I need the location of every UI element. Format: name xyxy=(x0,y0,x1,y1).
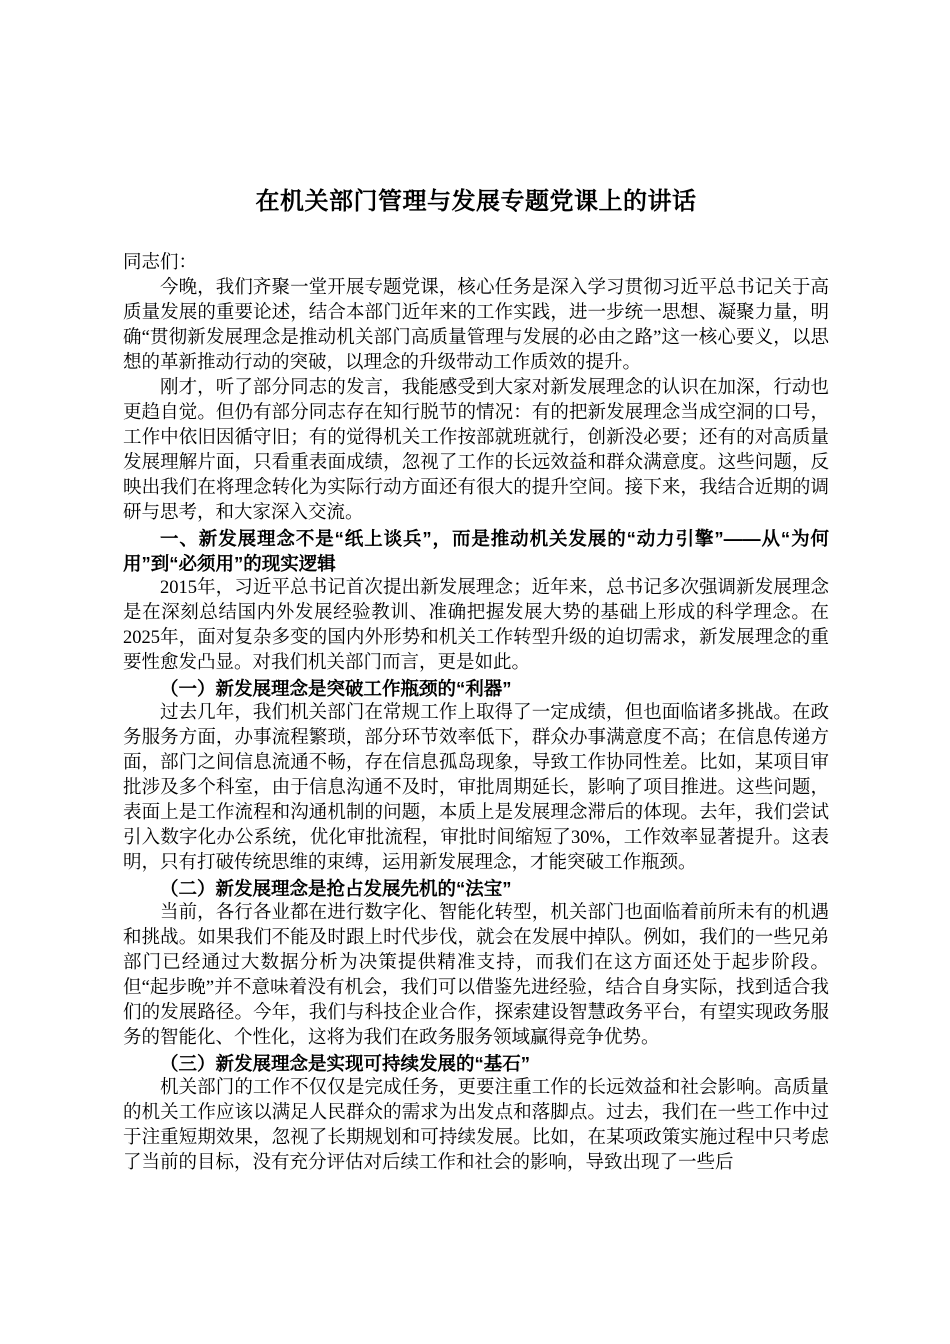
subsection-heading-1: （一）新发展理念是突破工作瓶颈的“利器” xyxy=(123,676,829,701)
document-body: 同志们： 今晚，我们齐聚一堂开展专题党课，核心任务是深入学习贯彻习近平总书记关于… xyxy=(123,251,829,1176)
subsection-heading-2: （二）新发展理念是抢占发展先机的“法宝” xyxy=(123,876,829,901)
paragraph-concept-origin: 2015年，习近平总书记首次提出新发展理念；近年来，总书记多次强调新发展理念是在… xyxy=(123,576,829,676)
document-page: 在机关部门管理与发展专题党课上的讲话 同志们： 今晚，我们齐聚一堂开展专题党课，… xyxy=(0,0,950,1344)
paragraph-opening: 今晚，我们齐聚一堂开展专题党课，核心任务是深入学习贯彻习近平总书记关于高质量发展… xyxy=(123,276,829,376)
paragraph-opportunity: 当前，各行各业都在进行数字化、智能化转型，机关部门也面临着前所未有的机遇和挑战。… xyxy=(123,901,829,1051)
salutation: 同志们： xyxy=(123,251,829,276)
subsection-heading-3: （三）新发展理念是实现可持续发展的“基石” xyxy=(123,1051,829,1076)
section-heading-1: 一、新发展理念不是“纸上谈兵”，而是推动机关发展的“动力引擎”——从“为何用”到… xyxy=(123,526,829,576)
document-title: 在机关部门管理与发展专题党课上的讲话 xyxy=(123,185,829,219)
paragraph-bottleneck: 过去几年，我们机关部门在常规工作上取得了一定成绩，但也面临诸多挑战。在政务服务方… xyxy=(123,701,829,876)
paragraph-current-situation: 刚才，听了部分同志的发言，我能感受到大家对新发展理念的认识在加深，行动也更趋自觉… xyxy=(123,376,829,526)
paragraph-sustainability: 机关部门的工作不仅仅是完成任务，更要注重工作的长远效益和社会影响。高质量的机关工… xyxy=(123,1076,829,1176)
